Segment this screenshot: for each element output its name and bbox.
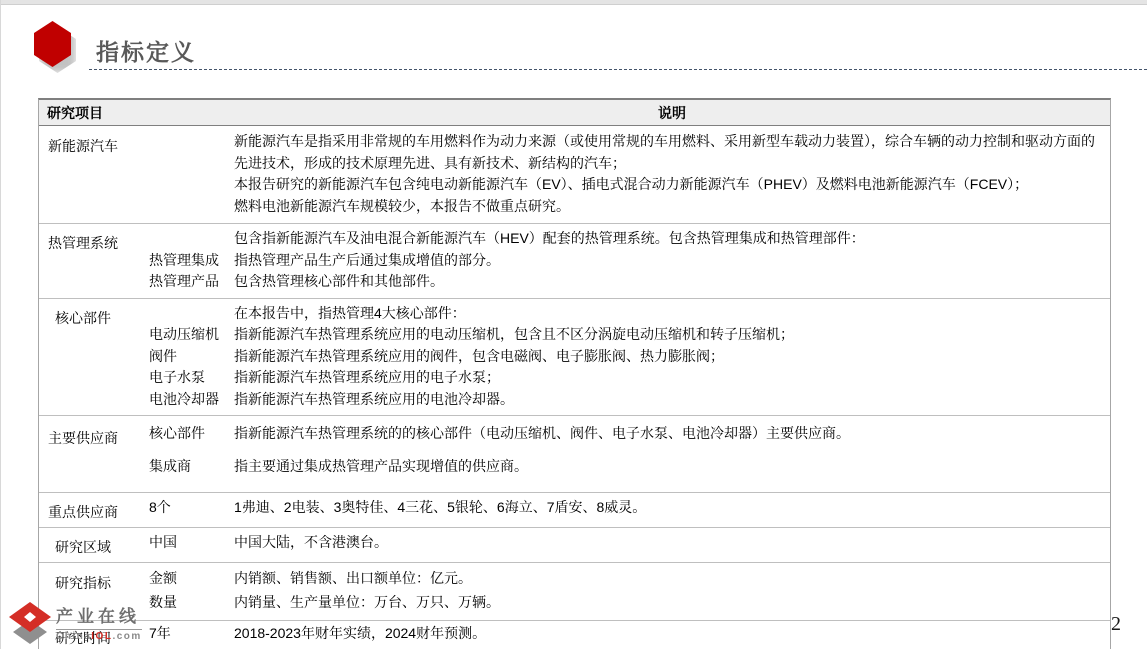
sub-item-label: 电子水泵 — [149, 367, 234, 389]
table-row: 研究指标 金额内销额、销售额、出口额单位：亿元。 数量内销量、生产量单位：万台、… — [39, 562, 1110, 620]
table-row: 新能源汽车 新能源汽车是指采用非常规的车用燃料作为动力来源（或使用常规的车用燃料… — [39, 126, 1110, 223]
definition-text: 2018-2023年财年实绩，2024财年预测。 — [234, 623, 1110, 645]
sub-item-label: 7年 — [149, 623, 234, 645]
definition-table: 研究项目 说明 新能源汽车 新能源汽车是指采用非常规的车用燃料作为动力来源（或使… — [38, 98, 1111, 649]
column-header-project: 研究项目 — [39, 103, 234, 123]
slide: 指标定义 研究项目 说明 新能源汽车 新能源汽车是指采用非常规的车用燃料作为动力… — [0, 0, 1147, 649]
top-bar — [1, 0, 1147, 5]
table-header-row: 研究项目 说明 — [39, 100, 1110, 126]
hexagon-icon — [34, 21, 74, 71]
definition-text: 燃料电池新能源汽车规模较少，本报告不做重点研究。 — [234, 196, 1110, 218]
title-divider — [89, 69, 1147, 70]
definition-line: 电动压缩机指新能源汽车热管理系统应用的电动压缩机，包含且不区分涡旋电动压缩机和转… — [149, 324, 1110, 346]
definition-line: 金额内销额、销售额、出口额单位：亿元。 — [149, 568, 1110, 590]
table-row: 核心部件 在本报告中，指热管理4大核心部件： 电动压缩机指新能源汽车热管理系统应… — [39, 298, 1110, 416]
logo-name: 产业在线 — [56, 602, 142, 630]
project-label: 重点供应商 — [39, 502, 127, 523]
definition-line: 新能源汽车是指采用非常规的车用燃料作为动力来源（或使用常规的车用燃料、采用新型车… — [149, 131, 1110, 174]
table-row: 研究时间 7年2018-2023年财年实绩，2024财年预测。 — [39, 620, 1110, 649]
definition-text: 包含热管理核心部件和其他部件。 — [234, 271, 1110, 293]
chinaiol-logo-icon — [8, 599, 52, 646]
definition-line: 热管理集成指热管理产品生产后通过集成增值的部分。 — [149, 250, 1110, 272]
definition-line: 7年2018-2023年财年实绩，2024财年预测。 — [149, 623, 1110, 645]
table-row: 重点供应商 8个1弗迪、2电装、3奥特佳、4三花、5银轮、6海立、7盾安、8威灵… — [39, 492, 1110, 527]
table-row: 研究区域 中国中国大陆，不含港澳台。 — [39, 527, 1110, 562]
definition-text: 中国大陆，不含港澳台。 — [234, 532, 1110, 554]
definition-text: 内销量、生产量单位：万台、万只、万辆。 — [234, 592, 1110, 614]
definition-line: 电池冷却器指新能源汽车热管理系统应用的电池冷却器。 — [149, 389, 1110, 411]
project-label: 新能源汽车 — [39, 136, 127, 157]
definition-text: 包含指新能源汽车及油电混合新能源汽车（HEV）配套的热管理系统。包含热管理集成和… — [234, 228, 1110, 250]
definition-line: 在本报告中，指热管理4大核心部件： — [149, 303, 1110, 325]
definition-text: 指主要通过集成热管理产品实现增值的供应商。 — [234, 456, 1110, 478]
definition-line: 中国中国大陆，不含港澳台。 — [149, 532, 1110, 554]
project-label: 主要供应商 — [39, 428, 127, 449]
project-label: 研究区域 — [39, 537, 127, 558]
definition-text: 在本报告中，指热管理4大核心部件： — [234, 303, 1110, 325]
sub-item-label: 热管理集成 — [149, 250, 234, 272]
column-header-description: 说明 — [234, 103, 1110, 123]
definition-text: 新能源汽车是指采用非常规的车用燃料作为动力来源（或使用常规的车用燃料、采用新型车… — [234, 131, 1110, 174]
definition-text: 指新能源汽车热管理系统的的核心部件（电动压缩机、阀件、电子水泵、电池冷却器）主要… — [234, 423, 1110, 445]
definition-line: 包含指新能源汽车及油电混合新能源汽车（HEV）配套的热管理系统。包含热管理集成和… — [149, 228, 1110, 250]
definition-line: 电子水泵指新能源汽车热管理系统应用的电子水泵； — [149, 367, 1110, 389]
definition-line: 核心部件指新能源汽车热管理系统的的核心部件（电动压缩机、阀件、电子水泵、电池冷却… — [149, 423, 1110, 445]
definition-text: 指热管理产品生产后通过集成增值的部分。 — [234, 250, 1110, 272]
definition-text: 1弗迪、2电装、3奥特佳、4三花、5银轮、6海立、7盾安、8威灵。 — [234, 497, 1110, 519]
project-label: 热管理系统 — [39, 233, 127, 254]
definition-text: 指新能源汽车热管理系统应用的电池冷却器。 — [234, 389, 1110, 411]
sub-item-label: 核心部件 — [149, 423, 234, 445]
sub-item-label: 数量 — [149, 592, 234, 614]
sub-item-label: 阀件 — [149, 346, 234, 368]
sub-item-label: 热管理产品 — [149, 271, 234, 293]
definition-line: 阀件指新能源汽车热管理系统应用的阀件，包含电磁阀、电子膨胀阀、热力膨胀阀； — [149, 346, 1110, 368]
chinaiol-logo: 产业在线 ChinaIOL.com — [8, 599, 142, 646]
definition-text: 内销额、销售额、出口额单位：亿元。 — [234, 568, 1110, 590]
logo-domain: ChinaIOL.com — [56, 630, 142, 642]
definition-text: 指新能源汽车热管理系统应用的电动压缩机，包含且不区分涡旋电动压缩机和转子压缩机； — [234, 324, 1110, 346]
sub-item-label: 中国 — [149, 532, 234, 554]
sub-item-label: 电动压缩机 — [149, 324, 234, 346]
definition-text: 指新能源汽车热管理系统应用的电子水泵； — [234, 367, 1110, 389]
page-title: 指标定义 — [96, 34, 196, 67]
project-label: 研究指标 — [39, 573, 127, 594]
definition-line: 数量内销量、生产量单位：万台、万只、万辆。 — [149, 592, 1110, 614]
sub-item-label: 8个 — [149, 497, 234, 519]
definition-text: 指新能源汽车热管理系统应用的阀件，包含电磁阀、电子膨胀阀、热力膨胀阀； — [234, 346, 1110, 368]
definition-line: 8个1弗迪、2电装、3奥特佳、4三花、5银轮、6海立、7盾安、8威灵。 — [149, 497, 1110, 519]
table-row: 主要供应商 核心部件指新能源汽车热管理系统的的核心部件（电动压缩机、阀件、电子水… — [39, 415, 1110, 492]
sub-item-label: 电池冷却器 — [149, 389, 234, 411]
sub-item-label: 金额 — [149, 568, 234, 590]
definition-line: 热管理产品包含热管理核心部件和其他部件。 — [149, 271, 1110, 293]
definition-line: 燃料电池新能源汽车规模较少，本报告不做重点研究。 — [149, 196, 1110, 218]
sub-item-label: 集成商 — [149, 456, 234, 478]
project-label: 核心部件 — [39, 308, 127, 329]
page-number: 2 — [1111, 613, 1121, 636]
definition-line: 集成商指主要通过集成热管理产品实现增值的供应商。 — [149, 456, 1110, 478]
definition-line: 本报告研究的新能源汽车包含纯电动新能源汽车（EV）、插电式混合动力新能源汽车（P… — [149, 174, 1110, 196]
table-row: 热管理系统 包含指新能源汽车及油电混合新能源汽车（HEV）配套的热管理系统。包含… — [39, 223, 1110, 298]
definition-text: 本报告研究的新能源汽车包含纯电动新能源汽车（EV）、插电式混合动力新能源汽车（P… — [234, 174, 1110, 196]
